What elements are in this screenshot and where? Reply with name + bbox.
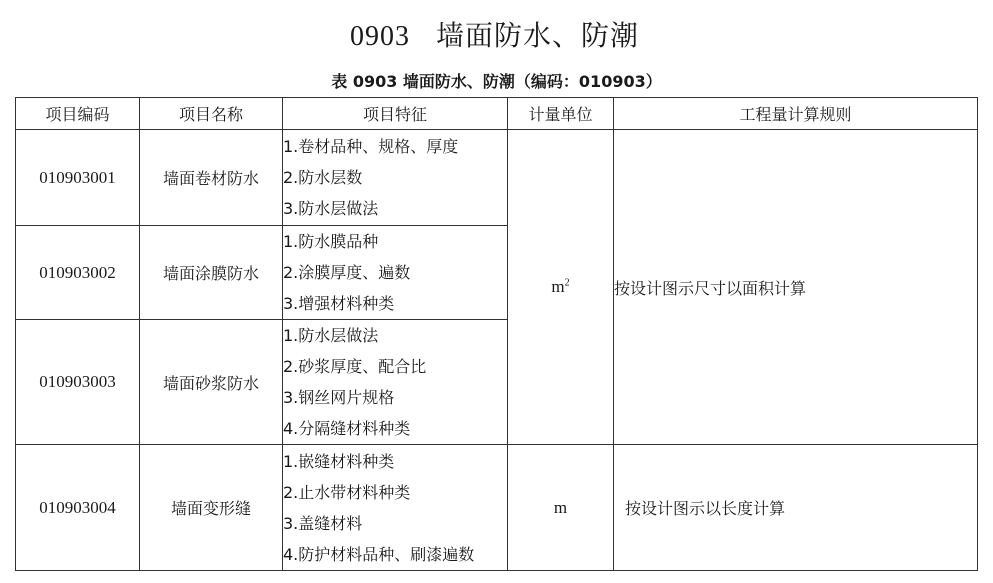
specification-table: 项目编码 项目名称 项目特征 计量单位 工程量计算规则 010903001 墙面… (15, 97, 978, 571)
calculation-rule: 按设计图示尺寸以面积计算 (614, 130, 978, 445)
header-item-code: 项目编码 (16, 98, 140, 130)
feature-line: 3.增强材料种类 (283, 288, 507, 319)
unit-base: m (551, 277, 564, 296)
item-features: 1.防水膜品种 2.涂膜厚度、遍数 3.增强材料种类 (283, 226, 508, 320)
section-code: 0903 (350, 21, 410, 52)
header-calculation-rule: 工程量计算规则 (614, 98, 978, 130)
feature-line: 2.防水层数 (283, 162, 507, 193)
unit-cell: m2 (508, 130, 614, 445)
unit-cell: m (508, 445, 614, 571)
feature-line: 3.钢丝网片规格 (283, 382, 507, 413)
feature-line: 2.涂膜厚度、遍数 (283, 257, 507, 288)
item-features: 1.卷材品种、规格、厚度 2.防水层数 3.防水层做法 (283, 130, 508, 226)
header-item-name: 项目名称 (140, 98, 283, 130)
item-features: 1.防水层做法 2.砂浆厚度、配合比 3.钢丝网片规格 4.分隔缝材料种类 (283, 320, 508, 445)
section-title-text: 墙面防水、防潮 (436, 21, 639, 52)
table-row: 010903004 墙面变形缝 1.嵌缝材料种类 2.止水带材料种类 3.盖缝材… (16, 445, 978, 571)
unit-superscript: 2 (565, 277, 570, 288)
feature-line: 4.防护材料品种、刷漆遍数 (283, 539, 507, 570)
item-code: 010903002 (16, 226, 140, 320)
feature-line: 3.盖缝材料 (283, 508, 507, 539)
header-unit: 计量单位 (508, 98, 614, 130)
table-header-row: 项目编码 项目名称 项目特征 计量单位 工程量计算规则 (16, 98, 978, 130)
feature-line: 1.防水膜品种 (283, 226, 507, 257)
feature-line: 1.嵌缝材料种类 (283, 446, 507, 477)
item-features: 1.嵌缝材料种类 2.止水带材料种类 3.盖缝材料 4.防护材料品种、刷漆遍数 (283, 445, 508, 571)
feature-line: 2.止水带材料种类 (283, 477, 507, 508)
feature-line: 4.分隔缝材料种类 (283, 413, 507, 444)
table-caption: 表 0903 墙面防水、防潮（编码：010903） (0, 69, 993, 92)
item-name: 墙面变形缝 (140, 445, 283, 571)
item-code: 010903001 (16, 130, 140, 226)
feature-line: 1.卷材品种、规格、厚度 (283, 131, 507, 162)
calculation-rule: 按设计图示以长度计算 (614, 445, 978, 571)
table-row: 010903001 墙面卷材防水 1.卷材品种、规格、厚度 2.防水层数 3.防… (16, 130, 978, 226)
feature-line: 2.砂浆厚度、配合比 (283, 351, 507, 382)
feature-line: 1.防水层做法 (283, 320, 507, 351)
item-name: 墙面卷材防水 (140, 130, 283, 226)
header-item-features: 项目特征 (283, 98, 508, 130)
item-code: 010903003 (16, 320, 140, 445)
item-name: 墙面砂浆防水 (140, 320, 283, 445)
item-name: 墙面涂膜防水 (140, 226, 283, 320)
item-code: 010903004 (16, 445, 140, 571)
feature-line: 3.防水层做法 (283, 193, 507, 224)
section-title: 0903墙面防水、防潮 (0, 14, 993, 54)
